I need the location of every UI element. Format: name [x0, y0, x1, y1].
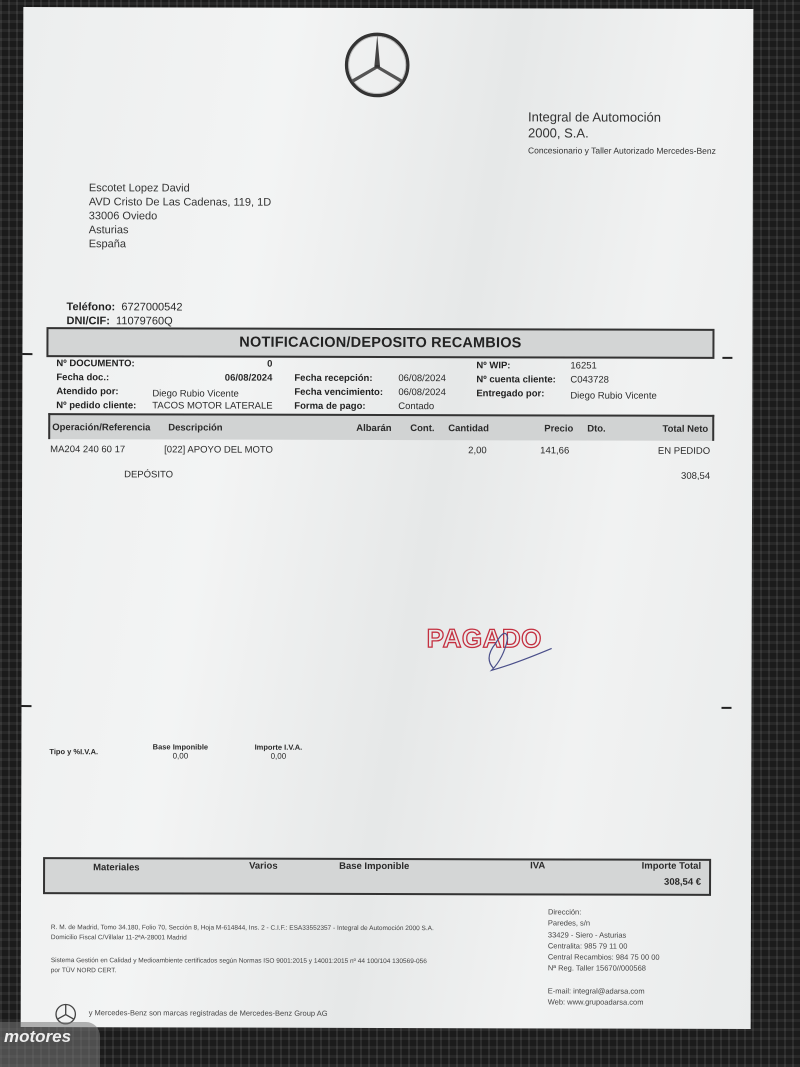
company-name-1: Integral de Automoción: [528, 109, 716, 125]
address-line: Paredes, s/n: [548, 918, 660, 930]
totals-bar: Materiales Varios Base Imponible IVA Imp…: [43, 857, 711, 896]
materials-label: Materiales: [93, 862, 140, 873]
iva-base: Base Imponible 0,00: [145, 742, 215, 760]
address-line: Centralita: 985 79 11 00: [548, 940, 660, 952]
table-row: MA204 240 60 17 [022] APOYO DEL MOTO 2,0…: [50, 444, 710, 460]
mercedes-star-icon: [343, 31, 411, 99]
address-line: Nª Reg. Taller 15670//000568: [548, 963, 660, 975]
fold-mark: [722, 357, 732, 359]
phone-value: 6727000542: [121, 301, 182, 313]
wip-label: Nº WIP:: [476, 360, 510, 371]
base-label: Base Imponible: [339, 861, 409, 872]
col-discount: Dto.: [587, 424, 605, 435]
delivered-value: Diego Rubio Vicente: [570, 389, 656, 403]
deposit-label: DEPÓSITO: [124, 469, 173, 480]
customer-region: Asturias: [89, 223, 271, 237]
fold-mark: [22, 705, 32, 707]
col-total: Total Neto: [662, 424, 708, 435]
payment-label: Forma de pago:: [294, 401, 365, 412]
phone-label: Teléfono:: [67, 301, 116, 313]
col-quantity: Cantidad: [448, 423, 489, 434]
reception-value: 06/08/2024: [398, 372, 446, 386]
meta-col-3: Nº WIP:16251 Nº cuenta cliente:C043728 E…: [476, 359, 716, 402]
legal-certification: Sistema Gestión en Calidad y Medioambien…: [51, 956, 427, 977]
total-value: 308,54 €: [664, 877, 701, 888]
company-block: Integral de Automoción 2000, S.A. Conces…: [528, 109, 716, 157]
legal-line-2: Domicilio Fiscal C/Villalar 11-2ªA-28001…: [51, 933, 434, 944]
address-line: 33429 - Siero - Asturias: [548, 929, 660, 941]
meta-col-2: Fecha recepción:06/08/2024 Fecha vencimi…: [294, 372, 494, 415]
doc-date-label: Fecha doc.:: [56, 372, 109, 383]
legal-registry: R. M. de Madrid, Tomo 34.180, Folio 70, …: [51, 923, 434, 944]
iva-amount: Importe I.V.A. 0,00: [243, 743, 313, 761]
web-line: Web: www.grupoadarsa.com: [548, 997, 660, 1009]
order-label: Nº pedido cliente:: [56, 400, 136, 411]
address-block: Dirección: Paredes, s/n 33429 - Siero - …: [548, 906, 660, 1008]
deposit-row: DEPÓSITO 308,54: [50, 469, 710, 485]
wip-value: 16251: [570, 359, 596, 373]
due-label: Fecha vencimiento:: [294, 387, 383, 398]
id-label: DNI/CIF:: [66, 315, 109, 327]
account-value: C043728: [570, 373, 609, 387]
customer-name: Escotet Lopez David: [89, 181, 271, 195]
iva-type-label: Tipo y %I.V.A.: [49, 747, 98, 756]
varios-label: Varios: [249, 861, 278, 872]
cell-total: EN PEDIDO: [658, 446, 710, 457]
total-label: Importe Total: [642, 861, 701, 872]
order-value: TACOS MOTOR LATERALE: [152, 399, 272, 413]
reception-label: Fecha recepción:: [294, 373, 372, 384]
iva-base-label: Base Imponible: [145, 742, 215, 751]
cell-price: 141,66: [540, 445, 569, 456]
customer-street: AVD Cristo De Las Cadenas, 119, 1D: [89, 195, 271, 209]
deposit-amount: 308,54: [681, 471, 710, 482]
customer-city: 33006 Oviedo: [89, 209, 271, 223]
delivered-label: Entregado por:: [476, 388, 544, 399]
address-line: Central Recambios: 984 75 00 00: [548, 952, 660, 964]
cell-reference: MA204 240 60 17: [50, 444, 125, 455]
invoice-paper: Integral de Automoción 2000, S.A. Conces…: [21, 7, 754, 1029]
items-table-header: Operación/Referencia Descripción Albarán…: [48, 413, 714, 441]
doc-number: 0: [267, 358, 272, 372]
iva-base-value: 0,00: [145, 751, 215, 760]
company-name-2: 2000, S.A.: [528, 125, 716, 141]
customer-country: España: [89, 237, 271, 251]
trademark-note: y Mercedes-Benz son marcas registradas d…: [89, 1008, 328, 1018]
col-reference: Operación/Referencia: [52, 422, 150, 433]
cell-quantity: 2,00: [468, 445, 487, 456]
id-value: 11079760Q: [116, 315, 173, 327]
legal-line-4: por TÜV NORD CERT.: [51, 966, 427, 977]
iva-amount-label: Importe I.V.A.: [243, 743, 313, 752]
signature-mark: [474, 618, 554, 678]
company-subtitle: Concesionario y Taller Autorizado Merced…: [528, 143, 716, 157]
fold-mark: [722, 707, 732, 709]
fold-mark: [22, 353, 32, 355]
email-line: E-mail: integral@adarsa.com: [548, 985, 660, 997]
account-label: Nº cuenta cliente:: [476, 374, 556, 385]
customer-address: Escotet Lopez David AVD Cristo De Las Ca…: [89, 181, 272, 251]
meta-col-1: Nº DOCUMENTO:0 Fecha doc.:06/08/2024 Ate…: [56, 357, 276, 414]
iva-amount-value: 0,00: [243, 752, 313, 761]
iva-label: IVA: [530, 860, 545, 871]
attended-label: Atendido por:: [56, 386, 118, 397]
document-title: NOTIFICACION/DEPOSITO RECAMBIOS: [46, 327, 714, 359]
doc-number-label: Nº DOCUMENTO:: [56, 358, 134, 369]
address-line: Dirección:: [548, 906, 660, 918]
due-value: 06/08/2024: [398, 386, 446, 400]
customer-contact: Teléfono: 6727000542 DNI/CIF: 11079760Q: [66, 300, 182, 328]
col-albaran: Albarán: [356, 423, 391, 434]
cell-description: [022] APOYO DEL MOTO: [164, 444, 273, 455]
col-price: Precio: [544, 423, 573, 434]
doc-date: 06/08/2024: [225, 372, 273, 386]
watermark: motores: [0, 1022, 100, 1067]
col-cont: Cont.: [410, 423, 434, 434]
address-spacer: [548, 974, 660, 985]
col-description: Descripción: [168, 422, 222, 433]
payment-value: Contado: [398, 400, 434, 414]
